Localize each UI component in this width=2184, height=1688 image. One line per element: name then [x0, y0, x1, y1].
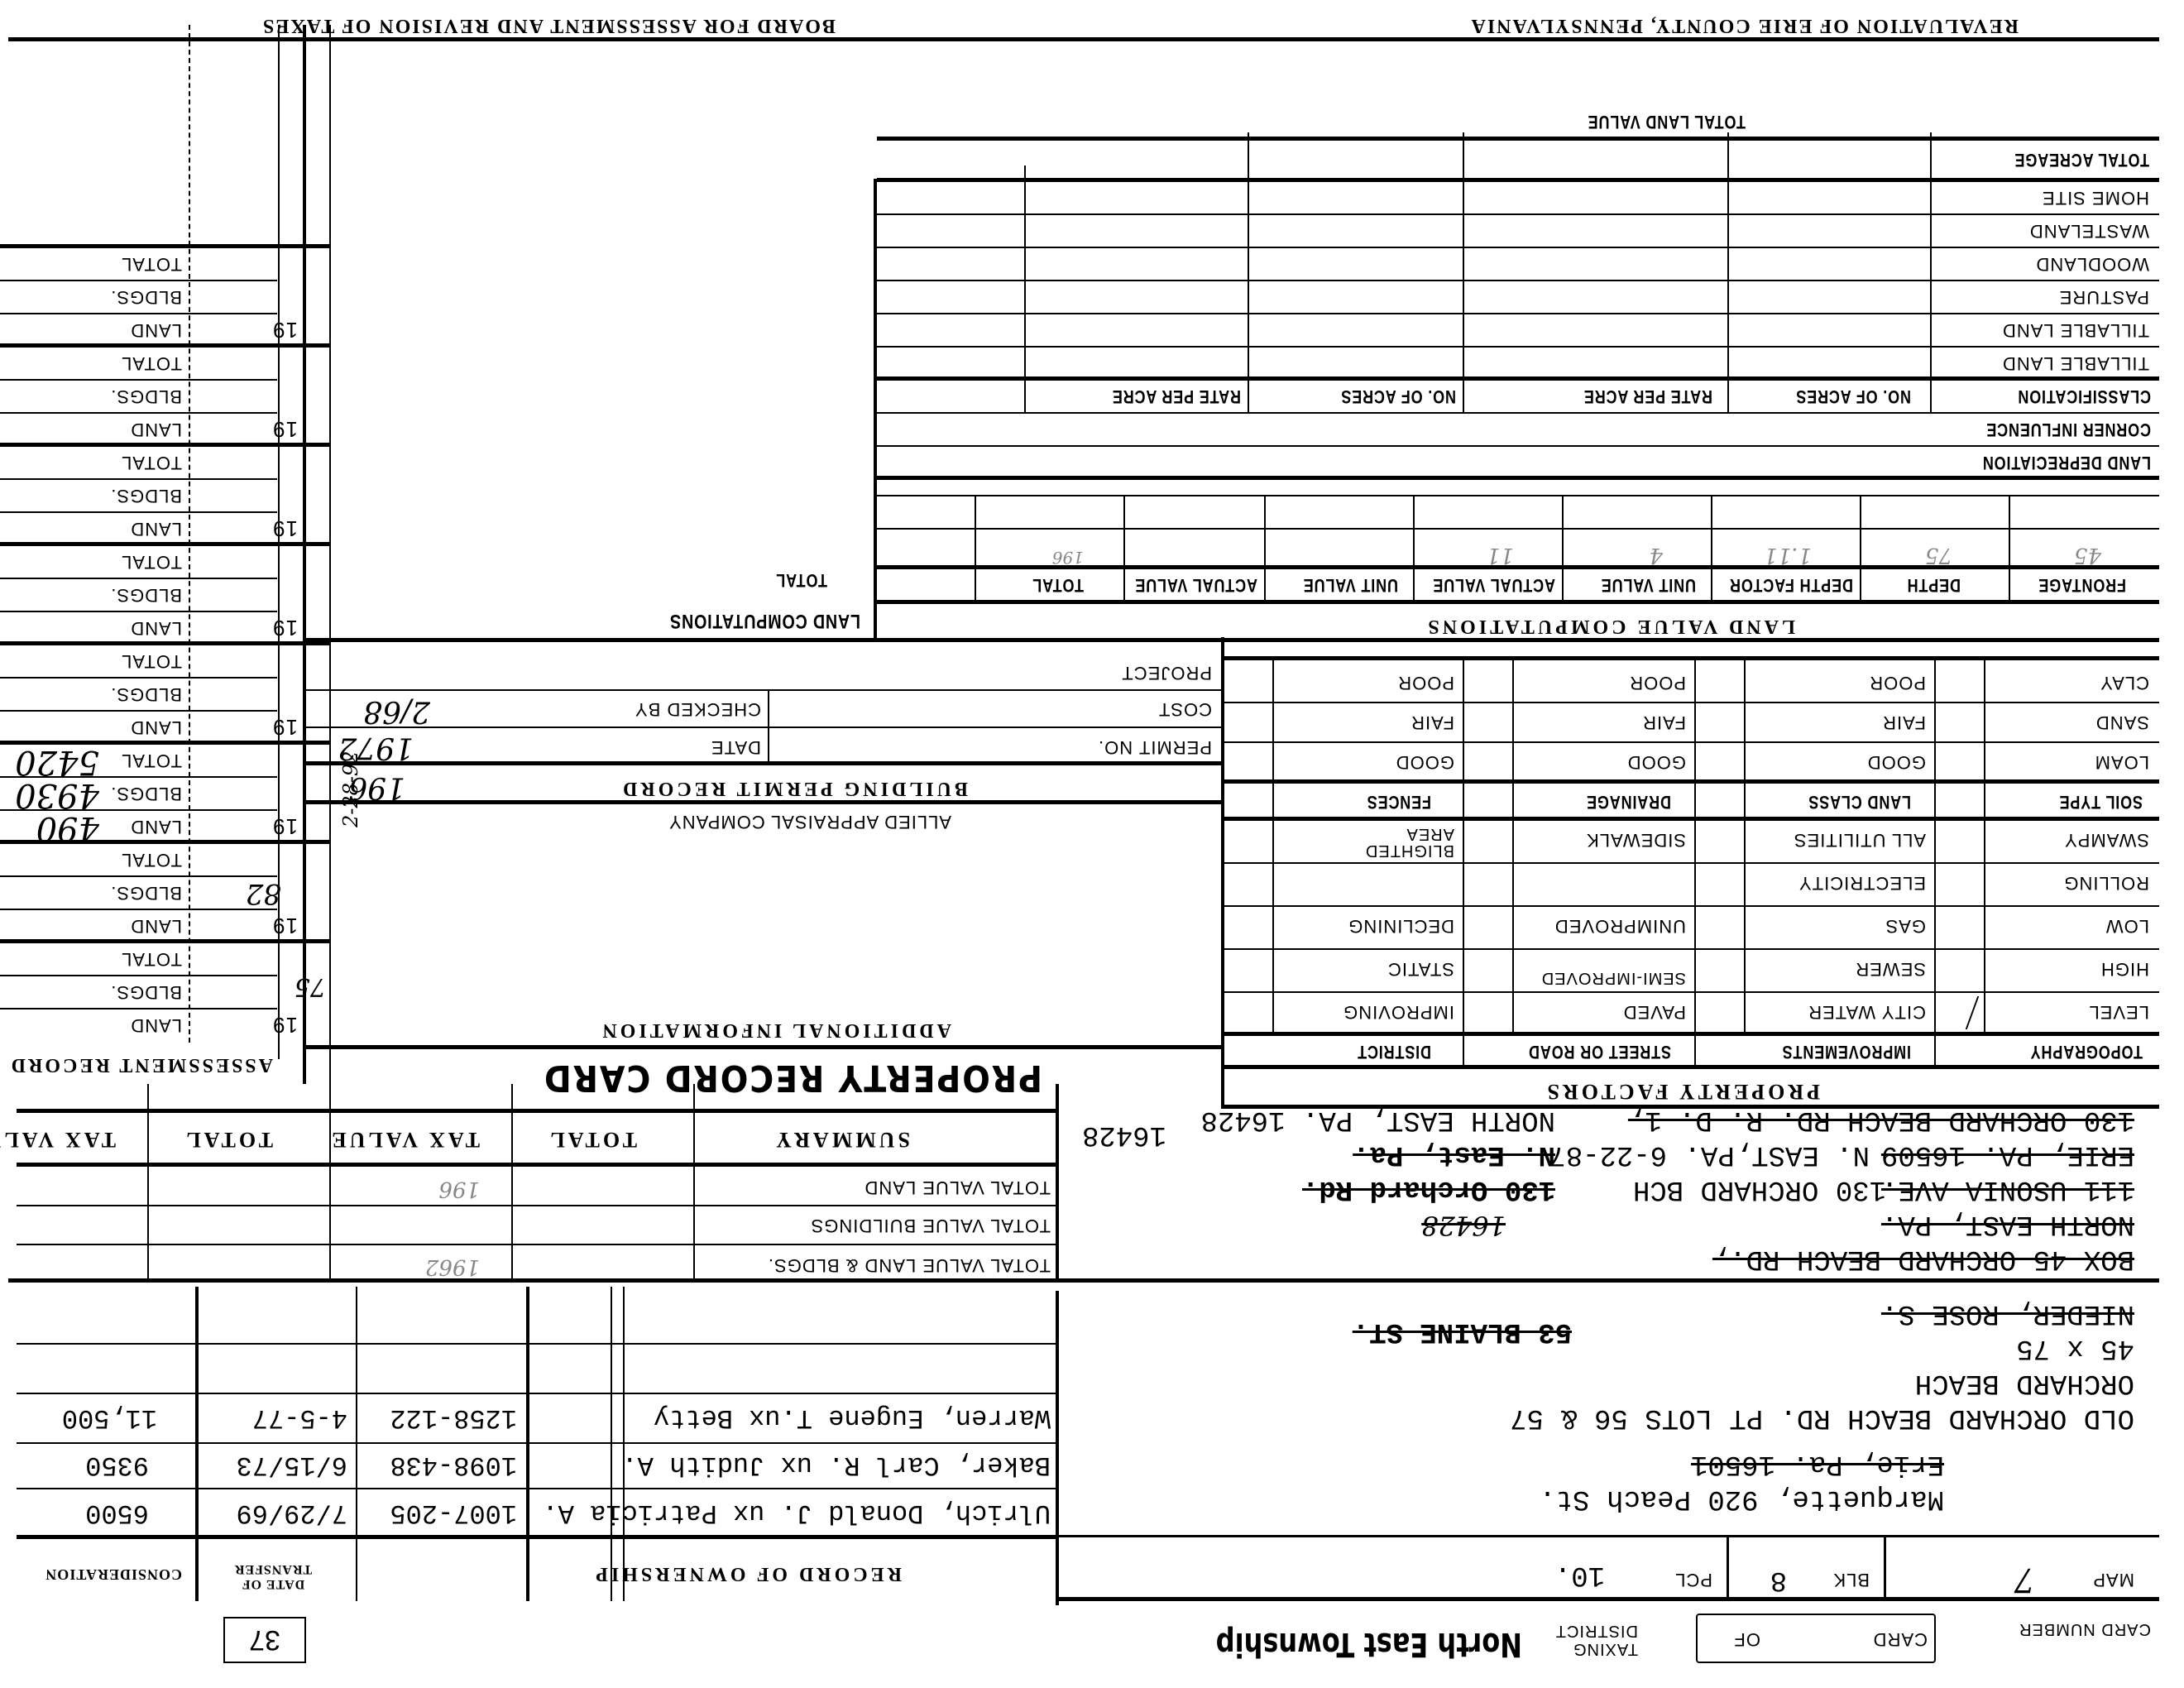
divider	[1934, 746, 1936, 1069]
address-block: Marquette, 920 Peach St. Erie, Pa. 16501…	[1075, 1283, 2134, 1523]
row-label-bldgs: BLDGS.	[110, 584, 182, 606]
land-value[interactable]: 490	[36, 809, 99, 847]
divider	[1024, 165, 1026, 414]
factor-option[interactable]: SEWER	[1855, 958, 1926, 980]
total-land-value-label: TOTAL LAND VALUE	[1588, 111, 1746, 132]
divider	[17, 1535, 1059, 1539]
divider	[17, 1244, 1059, 1245]
blk-label: BLK	[1832, 1569, 1870, 1590]
divider	[1984, 659, 1985, 783]
divider	[877, 313, 2159, 314]
land-value-computations-title: LAND VALUE COMPUTATIONS	[1425, 615, 1795, 637]
appraiser-name: ALLIED APPRAISAL COMPANY	[668, 811, 951, 832]
total-acreage-label: TOTAL ACREAGE	[2014, 149, 2149, 170]
divider	[1463, 746, 1464, 1069]
factor-option[interactable]: SIDEWALK	[1586, 829, 1686, 851]
drainage-option[interactable]: FAIR	[1642, 712, 1686, 733]
divider	[1224, 656, 2159, 660]
divider	[1562, 496, 1564, 604]
ownership-row: Warren, Eugene T.ux Betty 1258-122 4-5-7…	[17, 1394, 1059, 1440]
consideration-header: CONSIDERATION	[45, 1566, 182, 1583]
classification-row: TILLABLE LAND	[2002, 352, 2149, 374]
year-prefix: 19	[272, 1012, 298, 1038]
property-factors-title: PROPERTY FACTORS	[1545, 1079, 1820, 1104]
divider	[1884, 1536, 1886, 1599]
summary-col-tax-value: TAX VALUE	[0, 1127, 116, 1152]
col-total-2: TOTAL	[775, 569, 827, 591]
divider	[877, 247, 2159, 248]
consideration: 6500	[85, 1498, 149, 1528]
divider	[0, 1008, 277, 1009]
ownership-title: RECORD OF OWNERSHIP	[592, 1562, 902, 1585]
row-label-bldgs: BLDGS.	[110, 485, 182, 506]
divider	[1056, 1084, 1059, 1283]
fences-header: FENCES	[1367, 791, 1431, 813]
row-label-bldgs: BLDGS.	[110, 783, 182, 804]
actual-value[interactable]: 11	[1487, 543, 1514, 568]
summary-tax-value: 196	[438, 1177, 480, 1201]
row-label-bldgs: BLDGS.	[110, 981, 182, 1003]
summary-col-tax-value: TAX VALUE	[328, 1127, 480, 1152]
year-prefix: 19	[272, 615, 298, 640]
factor-option[interactable]: DECLINING	[1348, 915, 1454, 937]
side-note: 2-28-92	[339, 750, 362, 827]
year-prefix: 19	[272, 714, 298, 740]
transfer-date: 4-5-77	[252, 1403, 347, 1433]
drainage-option[interactable]: POOR	[1629, 672, 1686, 693]
divider	[877, 346, 2159, 348]
assessment-record-table: 19 75 LAND BLDGS. TOTAL 19 82 LAND BLDGS…	[0, 17, 331, 1043]
soil-option[interactable]: CLAY	[2100, 672, 2149, 693]
land-class-option[interactable]: FAIR	[1882, 712, 1926, 733]
address-line: 16428	[1421, 1210, 1506, 1241]
divider	[0, 677, 277, 679]
divider	[0, 875, 277, 877]
classification-row: HOME SITE	[2042, 187, 2149, 209]
address-line: Erie, Pa. 16501	[1691, 1448, 1944, 1479]
soil-grid: LOAM SAND CLAY GOOD FAIR POOR GOOD FAIR …	[1224, 642, 2159, 783]
land-computations-title: LAND COMPUTATIONS	[669, 609, 860, 632]
rate-per-acre-header-2: RATE PER ACRE	[1112, 386, 1241, 407]
divider	[1224, 702, 2159, 703]
divider	[768, 691, 769, 765]
divider	[1711, 496, 1712, 604]
classification-row: PASTURE	[2059, 286, 2149, 308]
project-label: PROJECT	[1121, 662, 1212, 683]
divider	[1512, 659, 1514, 783]
divider	[306, 689, 1224, 691]
divider	[0, 313, 277, 314]
address-line: NORTH EAST, PA.	[1881, 1208, 2134, 1240]
divider	[1224, 817, 2159, 821]
address-line: 111 USONIA AVE.	[1881, 1173, 2134, 1205]
improvements-header: IMPROVEMENTS	[1782, 1041, 1911, 1062]
factor-option[interactable]: LOW	[2105, 915, 2149, 937]
classification-row: WASTELAND	[2029, 220, 2149, 242]
classification-row: TILLABLE LAND	[2002, 319, 2149, 341]
divider	[1463, 132, 1464, 414]
divider	[0, 975, 277, 976]
consideration: 9350	[85, 1450, 149, 1480]
factor-option[interactable]: SWAMPY	[2064, 829, 2149, 851]
address-line: OLD ORCHARD BEACH RD. PT LOTS 56 & 57	[1510, 1402, 2134, 1433]
divider	[1248, 132, 1249, 414]
cost-label: COST	[1158, 698, 1212, 720]
row-label-land: LAND	[130, 1014, 182, 1036]
district-header: DISTRICT	[1357, 1041, 1431, 1062]
row-label-land: LAND	[130, 717, 182, 738]
frontage-value[interactable]: 45	[2074, 543, 2101, 568]
divider	[1224, 948, 2159, 950]
row-label-land: LAND	[130, 915, 182, 937]
year-prefix: 19	[272, 416, 298, 442]
row-label-land: LAND	[130, 816, 182, 837]
factor-option[interactable]: SEMI-IMPROVED	[1537, 970, 1686, 986]
divider	[1224, 991, 2159, 993]
address-line: 45 x 75	[2016, 1332, 2134, 1364]
divider	[1224, 905, 2159, 907]
factor-option[interactable]: LEVEL	[2089, 1001, 2150, 1023]
factor-option[interactable]: CITY WATER	[1808, 1001, 1926, 1023]
no-acres-header-2: NO. OF ACRES	[1341, 386, 1456, 407]
card-title: PROPERTY RECORD CARD	[543, 1057, 1042, 1099]
assessment-block: 19 LAND BLDGS. TOTAL	[0, 645, 331, 745]
divider	[1272, 659, 1274, 783]
soil-type-header: SOIL TYPE	[2059, 791, 2143, 813]
row-label-land: LAND	[130, 617, 182, 639]
fences-option[interactable]: FAIR	[1410, 712, 1454, 733]
divider	[1224, 1105, 2159, 1109]
transfer-date: 6/15/73	[237, 1450, 347, 1480]
row-label-bldgs: BLDGS.	[110, 683, 182, 705]
ownership-table: RECORD OF OWNERSHIP DATE OF TRANSFER CON…	[17, 1287, 1059, 1601]
row-label-total: TOTAL	[121, 750, 182, 771]
divider	[1123, 496, 1125, 604]
divider	[1224, 741, 2159, 743]
divider	[0, 511, 277, 513]
topography-header: TOPOGRAPHY	[2030, 1041, 2143, 1062]
blk-value[interactable]: 8	[1770, 1564, 1787, 1595]
owner-name: Warren, Eugene T.ux Betty	[654, 1403, 1051, 1433]
row-label-total: TOTAL	[121, 650, 182, 672]
factor-option[interactable]: UNIMPROVED	[1554, 915, 1686, 937]
additional-info-title: ADDITIONAL INFORMATION	[599, 1019, 951, 1041]
col-depth-factor: DEPTH FACTOR	[1729, 574, 1853, 596]
divider	[877, 495, 2159, 496]
address-line: BOX 45 ORCHARD BEACH RD.,	[1712, 1243, 2134, 1274]
divider	[1463, 659, 1464, 783]
drainage-option[interactable]: GOOD	[1627, 751, 1686, 773]
divider	[329, 1084, 331, 1283]
unit-value[interactable]: 4	[1649, 543, 1663, 568]
summary-row-label: TOTAL VALUE LAND & BLDGS.	[768, 1254, 1051, 1276]
of-label: OF	[1733, 1628, 1760, 1650]
ownership-row: Ulrich, Donald J. ux Patricia A. 1007-20…	[17, 1489, 1059, 1535]
deed-book: 1007-205	[390, 1498, 517, 1528]
divider	[0, 611, 277, 612]
year-hand: 82	[246, 877, 281, 910]
summary-col-total: TOTAL	[183, 1127, 273, 1152]
col-total: TOTAL	[1032, 574, 1084, 596]
total-value[interactable]: 5420	[15, 743, 99, 781]
factor-option[interactable]: BLIGHTED AREA	[1347, 826, 1454, 859]
ownership-row: Baker, Carl R. ux Judith A. 1098-438 6/1…	[17, 1441, 1059, 1487]
address-line: 53 BLAINE ST.	[1353, 1316, 1572, 1347]
land-depreciation-label: LAND DEPRECIATION	[1982, 452, 2151, 473]
row-label-bldgs: BLDGS.	[110, 882, 182, 904]
divider	[693, 1084, 695, 1283]
divider	[0, 578, 277, 579]
divider	[877, 445, 2159, 447]
address-line: N. East, Pa.	[1353, 1139, 1555, 1170]
summary-tax-value: 1962	[425, 1254, 480, 1279]
factor-option[interactable]: PAVED	[1623, 1001, 1686, 1023]
permit-no-label: PERMIT NO.	[1098, 736, 1212, 758]
summary-row-label: TOTAL VALUE LAND	[864, 1177, 1051, 1198]
assessment-block: 19 2-28-92 LAND BLDGS. TOTAL 490 4930 54…	[0, 745, 331, 844]
card-of-field[interactable]: CARD OF	[1696, 1614, 1936, 1663]
assessment-record-title: ASSESSMENT RECORD	[9, 1053, 273, 1076]
divider	[1413, 496, 1415, 604]
factor-option[interactable]: IMPROVING	[1343, 1001, 1454, 1023]
col-actual-value: ACTUAL VALUE	[1433, 574, 1555, 596]
corner-influence-label: CORNER INFLUENCE	[1985, 419, 2151, 440]
district-code-box: 37	[223, 1617, 306, 1663]
fences-option[interactable]: POOR	[1397, 672, 1454, 693]
rate-per-acre-header: RATE PER ACRE	[1583, 386, 1712, 407]
divider	[0, 244, 331, 248]
divider	[877, 137, 2159, 141]
divider	[1694, 659, 1696, 783]
year-prefix: 19	[272, 317, 298, 343]
divider	[1224, 862, 2159, 864]
classification-row: WOODLAND	[2035, 253, 2149, 275]
divider	[1744, 659, 1746, 783]
address-line: NIEDER, ROSE S.	[1881, 1297, 2134, 1329]
divider	[1221, 637, 1224, 1109]
owner-name: Ulrich, Donald J. ux Patricia A.	[543, 1498, 1051, 1528]
factor-option[interactable]: ALL UTILITIES	[1794, 829, 1926, 851]
divider	[1930, 132, 1932, 414]
divider	[147, 1084, 149, 1283]
assessment-block: 19 LAND BLDGS. TOTAL	[0, 248, 331, 348]
summary-table: TOTAL VALUE LAND & BLDGS. TOTAL VALUE BU…	[17, 1084, 1059, 1283]
map-value[interactable]: 7	[2014, 1561, 2035, 1599]
pcl-label: PCL	[1674, 1569, 1712, 1590]
row-label-total: TOTAL	[121, 551, 182, 573]
street-header: STREET OR ROAD	[1528, 1041, 1671, 1062]
col-unit-value-2: UNIT VALUE	[1303, 574, 1398, 596]
assessment-block: 19 LAND BLDGS. TOTAL	[0, 348, 331, 447]
footer-revaluation: REVALUATION OF ERIE COUNTY, PENNSYLVANIA	[1470, 14, 2019, 36]
factor-option[interactable]: ROLLING	[2063, 872, 2149, 894]
factor-option[interactable]: HIGH	[2100, 958, 2149, 980]
total-value[interactable]: 196	[1052, 548, 1084, 568]
divider	[0, 710, 277, 712]
row-label-bldgs: BLDGS.	[110, 286, 182, 308]
divider	[0, 379, 277, 381]
divider	[0, 909, 277, 910]
taxing-district-label: TAXING DISTRICT	[1522, 1622, 1638, 1658]
divider	[306, 638, 2159, 642]
divider	[306, 727, 1224, 728]
assessment-block: 19 82 LAND BLDGS. TOTAL	[0, 844, 331, 943]
divider	[306, 761, 1224, 765]
row-label-total: TOTAL	[121, 452, 182, 473]
soil-option[interactable]: LOAM	[2095, 751, 2149, 773]
col-actual-value-2: ACTUAL VALUE	[1135, 574, 1257, 596]
divider	[1264, 496, 1266, 604]
divider	[511, 1084, 513, 1283]
footer-board: BOARD FOR ASSESSMENT AND REVISION OF TAX…	[261, 14, 836, 36]
deed-book: 1098-438	[390, 1450, 517, 1480]
card-label: CARD	[1873, 1628, 1928, 1650]
divider	[306, 800, 1224, 804]
checked-by-label: CHECKED BY	[635, 698, 761, 720]
property-record-card: CARD NUMBER CARD OF TAXING DISTRICT Nort…	[0, 0, 2184, 1688]
map-blk-pcl-row	[1059, 1535, 2159, 1601]
no-acres-header: NO. OF ACRES	[1796, 386, 1911, 407]
building-permit-title: BUILDING PERMIT RECORD	[620, 777, 968, 799]
row-label-total: TOTAL	[121, 253, 182, 275]
divider	[17, 1163, 1059, 1167]
permit-date-label: DATE	[711, 736, 761, 758]
assessment-block: 19 75 LAND BLDGS. TOTAL	[0, 943, 331, 1043]
divider	[0, 280, 277, 281]
row-label-total: TOTAL	[121, 948, 182, 970]
divider	[1224, 1032, 2159, 1036]
divider	[1694, 746, 1696, 1069]
pcl-value[interactable]: 10.	[1554, 1559, 1605, 1590]
address-line: 16428	[1082, 1119, 1166, 1150]
year-prefix: 19	[272, 913, 298, 938]
divider	[975, 496, 976, 604]
bldgs-value[interactable]: 4930	[15, 776, 99, 814]
transfer-date: 7/29/69	[237, 1498, 347, 1528]
row-label-bldgs: BLDGS.	[110, 386, 182, 407]
check-mark-icon	[1941, 996, 1980, 1029]
checked-by-value[interactable]: 2/68	[363, 694, 430, 728]
acreage-table: TILLABLE LAND TILLABLE LAND PASTURE WOOD…	[877, 99, 2159, 381]
address-line: ERIE, PA. 16509	[1881, 1139, 2134, 1170]
summary-row-label: TOTAL VALUE BUILDINGS	[811, 1215, 1051, 1236]
year-prefix: 19	[272, 813, 298, 839]
divider	[0, 478, 277, 480]
factor-option[interactable]: GAS	[1885, 915, 1926, 937]
row-label-land: LAND	[130, 518, 182, 539]
divider	[877, 476, 2159, 480]
row-label-land: LAND	[130, 319, 182, 341]
classification-header: CLASSIFICATION	[2018, 386, 2151, 407]
depth-value[interactable]: 75	[1925, 543, 1952, 568]
divider	[877, 178, 2159, 182]
col-unit-value: UNIT VALUE	[1601, 574, 1696, 596]
card-number-label: CARD NUMBER	[2019, 1620, 2151, 1638]
divider	[1934, 659, 1936, 783]
address-line: 130 ORCHARD BCH	[1633, 1173, 1886, 1205]
assessment-block: 19 LAND BLDGS. TOTAL	[0, 447, 331, 546]
fences-option[interactable]: GOOD	[1396, 751, 1454, 773]
summary-title: SUMMARY	[773, 1127, 910, 1152]
address-line: ORCHARD BEACH	[1915, 1367, 2134, 1398]
divider	[877, 213, 2159, 215]
year-hand: 75	[295, 972, 326, 1001]
row-label-total: TOTAL	[121, 849, 182, 870]
divider	[877, 280, 2159, 281]
divider	[1860, 496, 1861, 604]
col-frontage: FRONTAGE	[2038, 574, 2126, 596]
factor-option[interactable]: ELECTRICITY	[1798, 872, 1926, 894]
land-class-option[interactable]: POOR	[1869, 672, 1926, 693]
divider	[2009, 496, 2010, 604]
address-line: 130 Orchard Rd.	[1302, 1173, 1555, 1205]
address-line: Marquette, 920 Peach St.	[1539, 1483, 1944, 1514]
divider	[877, 412, 2159, 414]
divider	[17, 1109, 1059, 1113]
depth-factor-value[interactable]: 1.11	[1764, 543, 1812, 568]
row-label-land: LAND	[130, 419, 182, 440]
consideration: 11,500	[62, 1403, 157, 1433]
taxing-district-value: North East Township	[1216, 1625, 1522, 1663]
divider	[1727, 132, 1729, 414]
land-value-table: FRONTAGE DEPTH DEPTH FACTOR UNIT VALUE A…	[877, 480, 2159, 604]
row-label-total: TOTAL	[121, 352, 182, 374]
divider	[877, 528, 2159, 530]
divider	[0, 412, 277, 414]
soil-option[interactable]: SAND	[2095, 712, 2149, 733]
col-depth: DEPTH	[1907, 574, 1961, 596]
deed-book: 1258-122	[390, 1403, 517, 1433]
divider	[17, 1343, 1059, 1345]
divider	[17, 1205, 1059, 1206]
address-continuation: BOX 45 ORCHARD BEACH RD., 16428 NORTH EA…	[1067, 1092, 2134, 1274]
drainage-header: DRAINAGE	[1586, 791, 1671, 813]
factor-option[interactable]: STATIC	[1387, 958, 1454, 980]
assessment-block: 19 LAND BLDGS. TOTAL	[0, 546, 331, 645]
land-class-option[interactable]: GOOD	[1867, 751, 1926, 773]
address-line: N. EAST,PA. 6-22-87	[1549, 1139, 1870, 1170]
property-factors-grid: TOPOGRAPHY IMPROVEMENTS STREET OR ROAD D…	[1224, 746, 2159, 1069]
date-of-transfer-header: DATE OF TRANSFER	[215, 1561, 331, 1591]
divider	[8, 37, 2159, 41]
divider	[306, 1045, 1224, 1049]
divider	[1727, 1536, 1729, 1599]
land-class-header: LAND CLASS	[1808, 791, 1911, 813]
year-prefix: 19	[272, 516, 298, 541]
owner-name: Baker, Carl R. ux Judith A.	[622, 1450, 1051, 1480]
summary-col-total: TOTAL	[547, 1127, 637, 1152]
map-label: MAP	[2092, 1569, 2134, 1590]
